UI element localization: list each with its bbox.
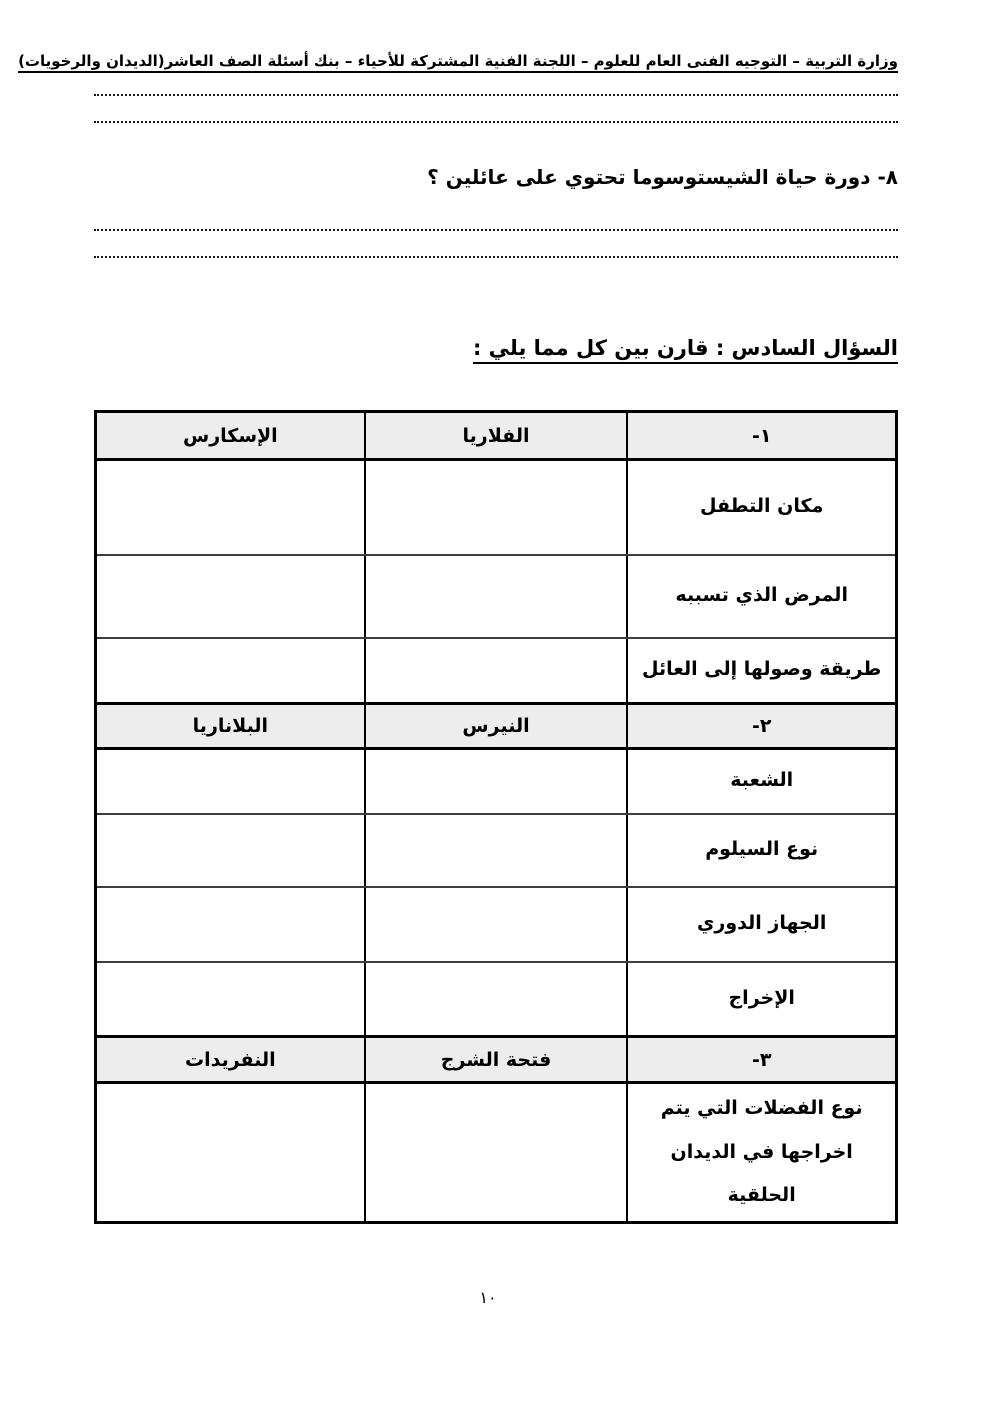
answer-cell: [365, 555, 628, 638]
compare-subject-cell: فتحة الشرج: [365, 1037, 628, 1083]
answer-cell: [365, 749, 628, 814]
answer-cell: [365, 962, 628, 1037]
answer-lines-top: [94, 94, 898, 123]
table-header-row-3: ٣- فتحة الشرج النفريدات: [96, 1037, 897, 1083]
table-header-row-2: ٢- النيرس البلاناريا: [96, 704, 897, 749]
answer-cell: [365, 814, 628, 887]
compare-subject-cell: البلاناريا: [96, 704, 365, 749]
criterion-label: طريقة وصولها إلى العائل: [627, 638, 896, 704]
compare-subject-cell: النيرس: [365, 704, 628, 749]
criterion-label: مكان التطفل: [627, 460, 896, 555]
criterion-label: المرض الذي تسببه: [627, 555, 896, 638]
question-8: ٨- دورة حياة الشيستوسوما تحتوي على عائلي…: [94, 165, 898, 189]
dotted-answer-line: [94, 256, 898, 258]
answer-cell: [96, 887, 365, 962]
compare-number-cell: ١-: [627, 412, 896, 460]
answer-cell: [96, 460, 365, 555]
answer-cell: [365, 460, 628, 555]
answer-cell: [96, 962, 365, 1037]
answer-cell: [365, 1083, 628, 1223]
dotted-answer-line: [94, 121, 898, 123]
page-number: ١٠: [0, 1288, 976, 1307]
table-row: الإخراج: [96, 962, 897, 1037]
table-header-row-1: ١- الفلاريا الإسكارس: [96, 412, 897, 460]
section-six-title-text: السؤال السادس : قارن بين كل مما يلي :: [473, 336, 898, 360]
criterion-label: الشعبة: [627, 749, 896, 814]
criterion-label: الإخراج: [627, 962, 896, 1037]
answer-cell: [96, 555, 365, 638]
compare-subject-cell: الفلاريا: [365, 412, 628, 460]
answer-cell: [96, 814, 365, 887]
table-row: المرض الذي تسببه: [96, 555, 897, 638]
answer-lines-question-8: [94, 229, 898, 258]
comparison-table: ١- الفلاريا الإسكارس مكان التطفل المرض ا…: [94, 410, 898, 1224]
compare-number-cell: ٣-: [627, 1037, 896, 1083]
table-row: نوع الفضلات التي يتم اخراجها في الديدان …: [96, 1083, 897, 1223]
table-row: مكان التطفل: [96, 460, 897, 555]
table-row: الجهاز الدوري: [96, 887, 897, 962]
compare-subject-cell: النفريدات: [96, 1037, 365, 1083]
compare-number-cell: ٢-: [627, 704, 896, 749]
document-header-text: وزارة التربية – التوجيه الفنى العام للعل…: [18, 52, 898, 70]
dotted-answer-line: [94, 94, 898, 96]
answer-cell: [96, 638, 365, 704]
answer-cell: [96, 1083, 365, 1223]
answer-cell: [365, 887, 628, 962]
table-row: نوع السيلوم: [96, 814, 897, 887]
answer-cell: [365, 638, 628, 704]
compare-subject-cell: الإسكارس: [96, 412, 365, 460]
document-header: وزارة التربية – التوجيه الفنى العام للعل…: [94, 0, 898, 70]
criterion-label: نوع الفضلات التي يتم اخراجها في الديدان …: [627, 1083, 896, 1223]
table-row: الشعبة: [96, 749, 897, 814]
document-page: وزارة التربية – التوجيه الفنى العام للعل…: [0, 0, 992, 1403]
dotted-answer-line: [94, 229, 898, 231]
section-six-title: السؤال السادس : قارن بين كل مما يلي :: [94, 336, 898, 360]
criterion-label: الجهاز الدوري: [627, 887, 896, 962]
table-row: طريقة وصولها إلى العائل: [96, 638, 897, 704]
criterion-label: نوع السيلوم: [627, 814, 896, 887]
answer-cell: [96, 749, 365, 814]
